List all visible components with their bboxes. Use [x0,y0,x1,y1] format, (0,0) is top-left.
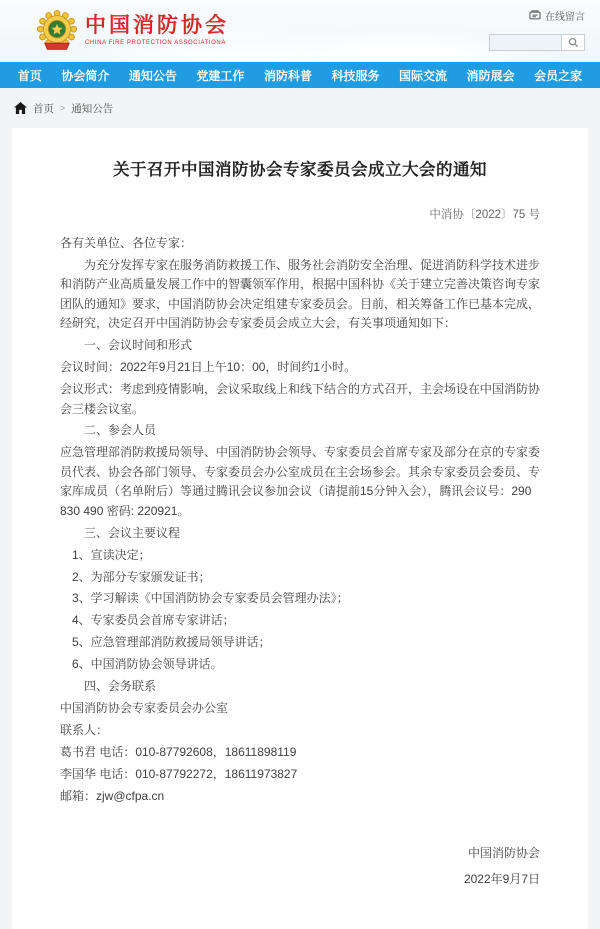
logo-subtitle: CHINA FIRE PROTECTION ASSOCIATIONA [85,40,229,46]
breadcrumb: 首页 > 通知公告 [0,88,600,128]
article-body: 各有关单位、各位专家：为充分发挥专家在服务消防救援工作、服务社会消防安全治理、促… [60,234,540,806]
online-message-link[interactable]: 在线留言 [529,8,585,23]
search-icon [568,37,579,48]
article-paragraph: 6、中国消防协会领导讲话。 [60,655,540,674]
logo[interactable]: 中国消防协会 CHINA FIRE PROTECTION ASSOCIATION… [36,8,229,52]
nav-item-6[interactable]: 科技服务 [332,67,380,84]
article-paragraph: 三、会议主要议程 [60,524,540,543]
breadcrumb-current[interactable]: 通知公告 [71,101,113,116]
article-paragraph: 2、为部分专家颁发证书； [60,568,540,587]
signature-line: 2022年9月7日 [60,870,540,889]
article-paragraph: 1、宣读决定； [60,546,540,565]
article-paragraph: 中国消防协会专家委员会办公室 [60,699,540,718]
article-title: 关于召开中国消防协会专家委员会成立大会的通知 [60,156,540,180]
association-emblem-icon [36,8,78,52]
nav-item-5[interactable]: 消防科普 [264,67,312,84]
logo-title: 中国消防协会 [85,14,229,37]
article-paragraph: 四、会务联系 [60,677,540,696]
article-card: 关于召开中国消防协会专家委员会成立大会的通知 中消协〔2022〕75 号 各有关… [12,128,588,929]
signature-line: 中国消防协会 [60,844,540,863]
search-button[interactable] [561,34,585,51]
home-icon [14,102,27,114]
search-input[interactable] [489,34,561,51]
message-icon [529,10,541,21]
nav-item-4[interactable]: 党建工作 [196,67,244,84]
article-paragraph: 3、学习解读《中国消防协会专家委员会管理办法》； [60,589,540,608]
online-message-label: 在线留言 [545,8,585,23]
article-paragraph: 各有关单位、各位专家： [60,234,540,253]
nav-item-3[interactable]: 通知公告 [129,67,177,84]
article-paragraph: 为充分发挥专家在服务消防救援工作、服务社会消防安全治理、促进消防科学技术进步和消… [60,256,540,334]
main-nav: 首页协会简介通知公告党建工作消防科普科技服务国际交流消防展会会员之家 [0,62,600,88]
nav-item-2[interactable]: 协会简介 [61,67,109,84]
article-paragraph: 联系人： [60,721,540,740]
nav-item-8[interactable]: 消防展会 [467,67,515,84]
article-paragraph: 李国华 电话：010-87792272，18611973827 [60,765,540,784]
article-paragraph: 会议时间：2022年9月21日上午10：00，时间约1小时。 [60,358,540,377]
nav-item-1[interactable]: 首页 [18,67,42,84]
article-paragraph: 会议形式：考虑到疫情影响，会议采取线上和线下结合的方式召开，主会场设在中国消防协… [60,380,540,419]
article-paragraph: 二、参会人员 [60,421,540,440]
article-paragraph: 邮箱：zjw@cfpa.cn [60,787,540,806]
article-paragraph: 4、专家委员会首席专家讲话； [60,611,540,630]
article-paragraph: 5、应急管理部消防救援局领导讲话； [60,633,540,652]
document-number: 中消协〔2022〕75 号 [60,206,540,222]
breadcrumb-separator: > [60,103,65,113]
article-paragraph: 葛书君 电话：010-87792608，18611898119 [60,743,540,762]
article-signature: 中国消防协会2022年9月7日 [60,844,540,888]
article-paragraph: 一、会议时间和形式 [60,336,540,355]
nav-item-9[interactable]: 会员之家 [534,67,582,84]
header-banner: 中国消防协会 CHINA FIRE PROTECTION ASSOCIATION… [0,0,600,62]
breadcrumb-home[interactable]: 首页 [33,101,54,116]
nav-item-7[interactable]: 国际交流 [399,67,447,84]
article-paragraph: 应急管理部消防救援局领导、中国消防协会领导、专家委员会首席专家及部分在京的专家委… [60,443,540,521]
